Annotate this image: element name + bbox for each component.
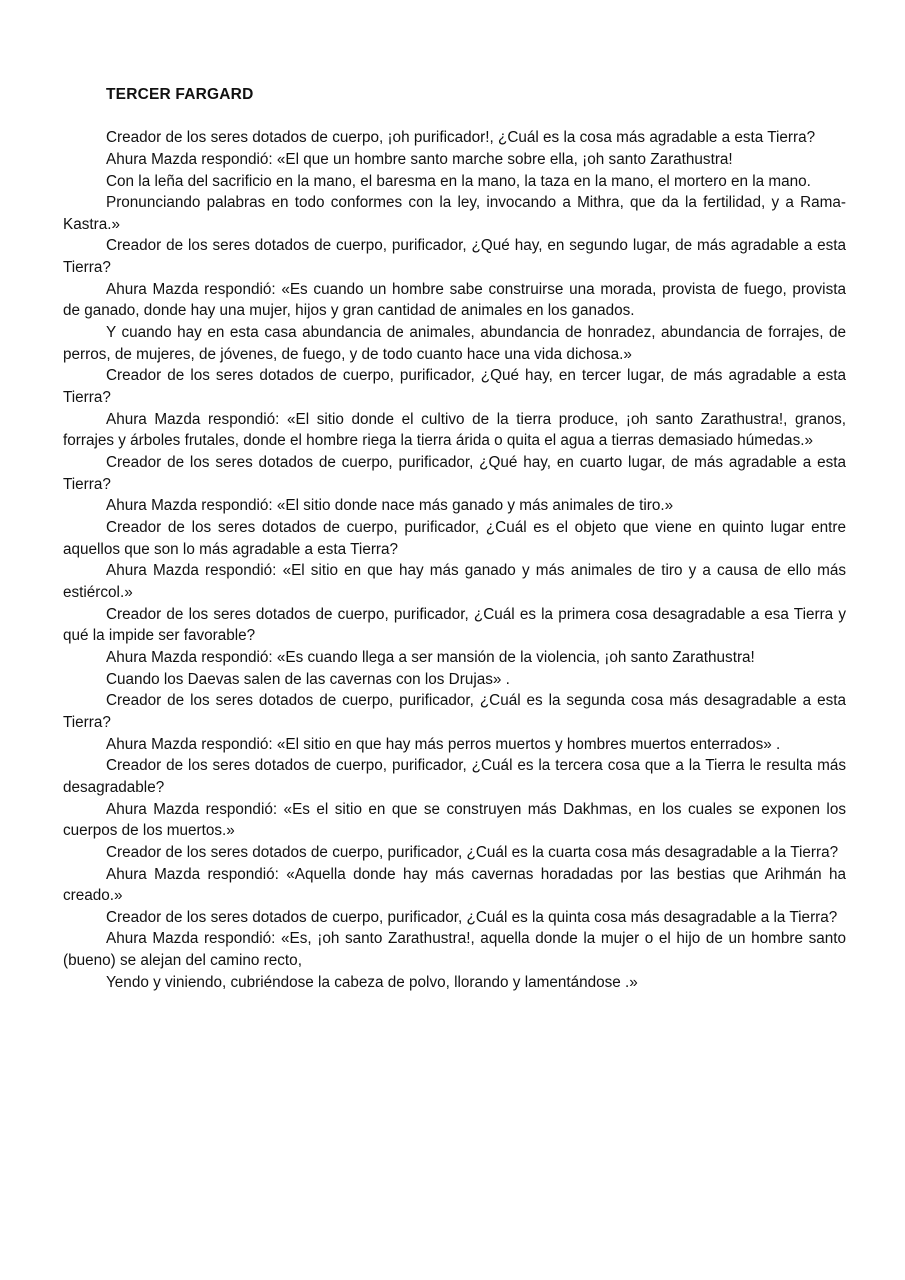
paragraph: Ahura Mazda respondió: «El sitio en que … <box>63 560 846 603</box>
document-page: TERCER FARGARD Creador de los seres dota… <box>0 0 905 1280</box>
paragraph: Ahura Mazda respondió: «El sitio donde n… <box>63 495 846 517</box>
paragraph: Yendo y viniendo, cubriéndose la cabeza … <box>63 972 846 994</box>
document-content: TERCER FARGARD Creador de los seres dota… <box>63 84 846 993</box>
paragraph: Ahura Mazda respondió: «El que un hombre… <box>63 149 846 171</box>
paragraph: Creador de los seres dotados de cuerpo, … <box>63 517 846 560</box>
paragraph: Creador de los seres dotados de cuerpo, … <box>63 907 846 929</box>
paragraph: Ahura Mazda respondió: «Es, ¡oh santo Za… <box>63 928 846 971</box>
paragraph: Ahura Mazda respondió: «Es cuando un hom… <box>63 279 846 322</box>
paragraph: Creador de los seres dotados de cuerpo, … <box>63 127 846 149</box>
paragraph: Ahura Mazda respondió: «El sitio donde e… <box>63 409 846 452</box>
paragraph: Creador de los seres dotados de cuerpo, … <box>63 755 846 798</box>
paragraph-list: Creador de los seres dotados de cuerpo, … <box>63 127 846 993</box>
paragraph: Creador de los seres dotados de cuerpo, … <box>63 604 846 647</box>
paragraph: Ahura Mazda respondió: «El sitio en que … <box>63 734 846 756</box>
paragraph: Creador de los seres dotados de cuerpo, … <box>63 452 846 495</box>
paragraph: Creador de los seres dotados de cuerpo, … <box>63 235 846 278</box>
paragraph: Ahura Mazda respondió: «Aquella donde ha… <box>63 864 846 907</box>
paragraph: Ahura Mazda respondió: «Es el sitio en q… <box>63 799 846 842</box>
paragraph: Cuando los Daevas salen de las cavernas … <box>63 669 846 691</box>
paragraph: Creador de los seres dotados de cuerpo, … <box>63 842 846 864</box>
paragraph: Y cuando hay en esta casa abundancia de … <box>63 322 846 365</box>
paragraph: Con la leña del sacrificio en la mano, e… <box>63 171 846 193</box>
paragraph: Creador de los seres dotados de cuerpo, … <box>63 365 846 408</box>
paragraph: Pronunciando palabras en todo conformes … <box>63 192 846 235</box>
chapter-title: TERCER FARGARD <box>106 84 846 106</box>
paragraph: Ahura Mazda respondió: «Es cuando llega … <box>63 647 846 669</box>
paragraph: Creador de los seres dotados de cuerpo, … <box>63 690 846 733</box>
